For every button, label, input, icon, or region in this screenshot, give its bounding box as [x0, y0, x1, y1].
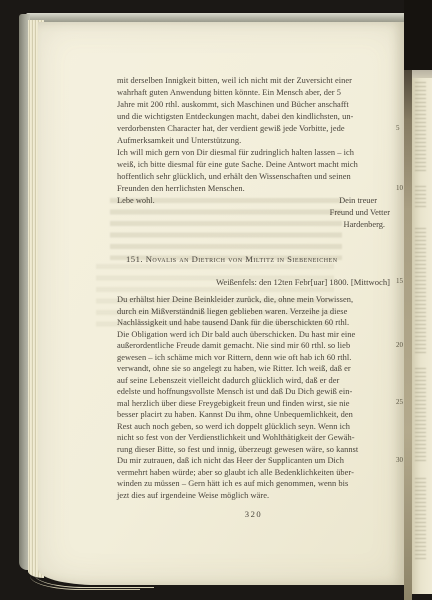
- text-line: Nachlässigkeit und habe tausend Dank für…: [117, 317, 390, 329]
- text-line: verwandt, ohne sie so angelegt zu haben,…: [117, 363, 390, 375]
- text-line: nicht so fest von der Verdienstlichkeit …: [117, 432, 390, 444]
- closing-line-2: Freund und Vetter: [117, 207, 390, 219]
- text-line: auf seine Lebenszeit vielleicht dadurch …: [117, 375, 390, 387]
- letter-151-body: Du erhältst hier Deine Beinkleider zurüc…: [117, 294, 390, 501]
- text-line: Du mir zutrauen, daß ich nicht das Heer …: [117, 455, 390, 467]
- text-line: weiß, ich bitte diesmal für eine gute Sa…: [117, 159, 390, 171]
- text-line: rung dieser Bitte, so fest und innig, üb…: [117, 444, 390, 456]
- book-scan: mit derselben Innigkeit bitten, weil ich…: [0, 0, 432, 600]
- text-line: Ich will mich gern von Dir diesmal für z…: [117, 147, 390, 159]
- text-line: Du erhältst hier Deine Beinkleider zurüc…: [117, 294, 390, 306]
- text-line: verdorbensten Character hat, der verdien…: [117, 123, 390, 135]
- text-line: Aufmerksamkeit und Unterstützung.: [117, 135, 390, 147]
- page-number: 320: [117, 509, 390, 519]
- text-line: hoffentlich sehr glücklich, und erhält d…: [117, 171, 390, 183]
- text-line: vermehrt haben würde; aber so glaubt ich…: [117, 467, 390, 479]
- page-gutter-shadow: [404, 0, 412, 600]
- signature: Hardenberg.: [117, 219, 390, 231]
- letter-151-dateline: Weißenfels: den 12ten Febr[uar] 1800. [M…: [117, 276, 390, 288]
- letter-text-column: mit derselben Innigkeit bitten, weil ich…: [117, 75, 390, 519]
- bleed-through-text: [415, 228, 426, 354]
- farewell-text: Lebe wohl.: [117, 195, 155, 207]
- text-line: besser placirt zu haben. Kannst Du ihm, …: [117, 409, 390, 421]
- next-page-top-edge: [412, 70, 432, 78]
- text-line: außerordentliche Freude damit gemacht. N…: [117, 340, 390, 352]
- text-line: winden zu müssen – Gern hätt ich es auf …: [117, 478, 390, 490]
- bleed-through-text: [415, 478, 426, 562]
- bleed-through-text: [415, 82, 426, 174]
- text-line: edelste und hoffnungsvollste Mensch ist …: [117, 386, 390, 398]
- bleed-through-text: [415, 368, 426, 462]
- background-corner: [404, 0, 432, 70]
- letter-151-heading: 151. Novalis an Dietrich von Miltitz in …: [117, 253, 390, 266]
- book-page: mit derselben Innigkeit bitten, weil ich…: [38, 22, 404, 585]
- letter-150-paragraph-1: mit derselben Innigkeit bitten, weil ich…: [117, 75, 390, 147]
- farewell-row: Lebe wohl. Dein treuer: [117, 195, 390, 207]
- text-line: und die wichtigsten Entdeckungen macht, …: [117, 111, 390, 123]
- bleed-through-text: [415, 186, 426, 208]
- text-line: Rest auch noch geben, so werd ich doppel…: [117, 421, 390, 433]
- text-line: mal herzlich über diese Freygebigkeit fr…: [117, 398, 390, 410]
- book-cover-edge-top: [26, 13, 405, 22]
- text-line: Die Obligation werd ich Dir bald auch üb…: [117, 329, 390, 341]
- text-line: mit derselben Innigkeit bitten, weil ich…: [117, 75, 390, 87]
- text-line: wahrhaft guten Anwendung bitten könnte. …: [117, 87, 390, 99]
- text-line: Jahre mit 200 rthl. auskommt, sich Masch…: [117, 99, 390, 111]
- letter-150-paragraph-2: Ich will mich gern von Dir diesmal für z…: [117, 147, 390, 195]
- text-line: Freunden den herrlichsten Menschen.: [117, 183, 390, 195]
- text-line: jezt dies auf irgendeine Weise möglich w…: [117, 490, 390, 502]
- closing-line-1: Dein treuer: [339, 195, 390, 207]
- next-page-edge: [412, 70, 432, 594]
- text-line: gewesen – ich schäme mich vor Rittern, d…: [117, 352, 390, 364]
- text-line: durch ein Mißverständniß liegen gebliebe…: [117, 306, 390, 318]
